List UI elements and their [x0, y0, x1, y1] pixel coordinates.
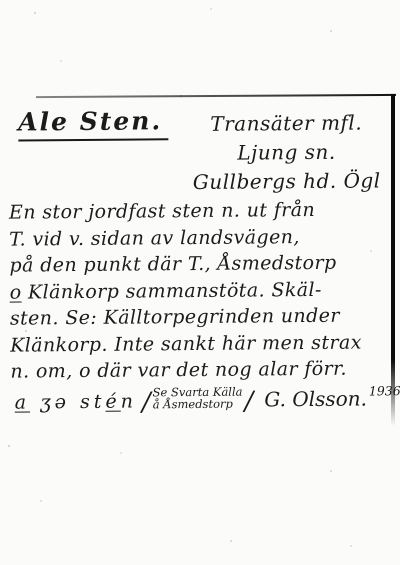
phonetic-e: é	[105, 391, 120, 413]
body-line-6: Klänkorp. Inte sankt här men strax	[10, 329, 394, 359]
header-place: Transäter mfl.	[183, 108, 389, 139]
description-text: En stor jordfast sten n. ut från T. vid …	[9, 196, 395, 385]
cross-reference: Se Svarta Källa å Åsmedstorp	[153, 386, 243, 411]
recorder-signature: G. Olsson.	[264, 387, 367, 412]
record-year: 1936.	[369, 383, 400, 398]
body-line-4-rest: Klänkorp sammanstöta. Skäl-	[21, 278, 321, 303]
header-district: Gullbergs hd. Ögl	[184, 166, 390, 197]
card-title: Ale Sten.	[18, 106, 168, 141]
phonetic-and-signature-line: a ʒǝ stén / Se Svarta Källa å Åsmedstorp…	[15, 386, 395, 413]
body-line-2: T. vid v. sidan av landsvägen,	[9, 223, 393, 253]
body-line-4: o Klänkorp sammanstöta. Skäl-	[10, 276, 394, 306]
signature-block: G. Olsson. 1936.	[264, 386, 400, 411]
location-header: Transäter mfl. Ljung sn. Gullbergs hd. Ö…	[183, 108, 390, 197]
paper-noise	[0, 0, 2, 2]
phonetic-n: n	[121, 391, 137, 413]
phonetic-transcription: a ʒǝ stén	[15, 391, 137, 414]
body-line-1: En stor jordfast sten n. ut från	[9, 196, 393, 226]
scanned-archive-card-page: Ale Sten. Transäter mfl. Ljung sn. Gullb…	[0, 0, 400, 565]
phonetic-mid: ʒǝ	[30, 391, 80, 413]
phonetic-a: a	[15, 391, 31, 413]
phonetic-st: st	[80, 391, 106, 413]
body-line-3: på den punkt där T., Åsmedstorp	[9, 249, 393, 279]
cross-reference-bottom: å Åsmedstorp	[153, 398, 233, 411]
header-parish: Ljung sn.	[183, 137, 389, 168]
close-slash: /	[244, 392, 253, 412]
open-slash: /	[142, 392, 151, 412]
body-line-5: sten. Se: Källtorpegrinden under	[10, 302, 394, 332]
index-card: Ale Sten. Transäter mfl. Ljung sn. Gullb…	[0, 94, 394, 557]
body-line-7: n. om, o där var det nog alar förr.	[10, 355, 394, 385]
underlined-o: o	[10, 281, 22, 303]
